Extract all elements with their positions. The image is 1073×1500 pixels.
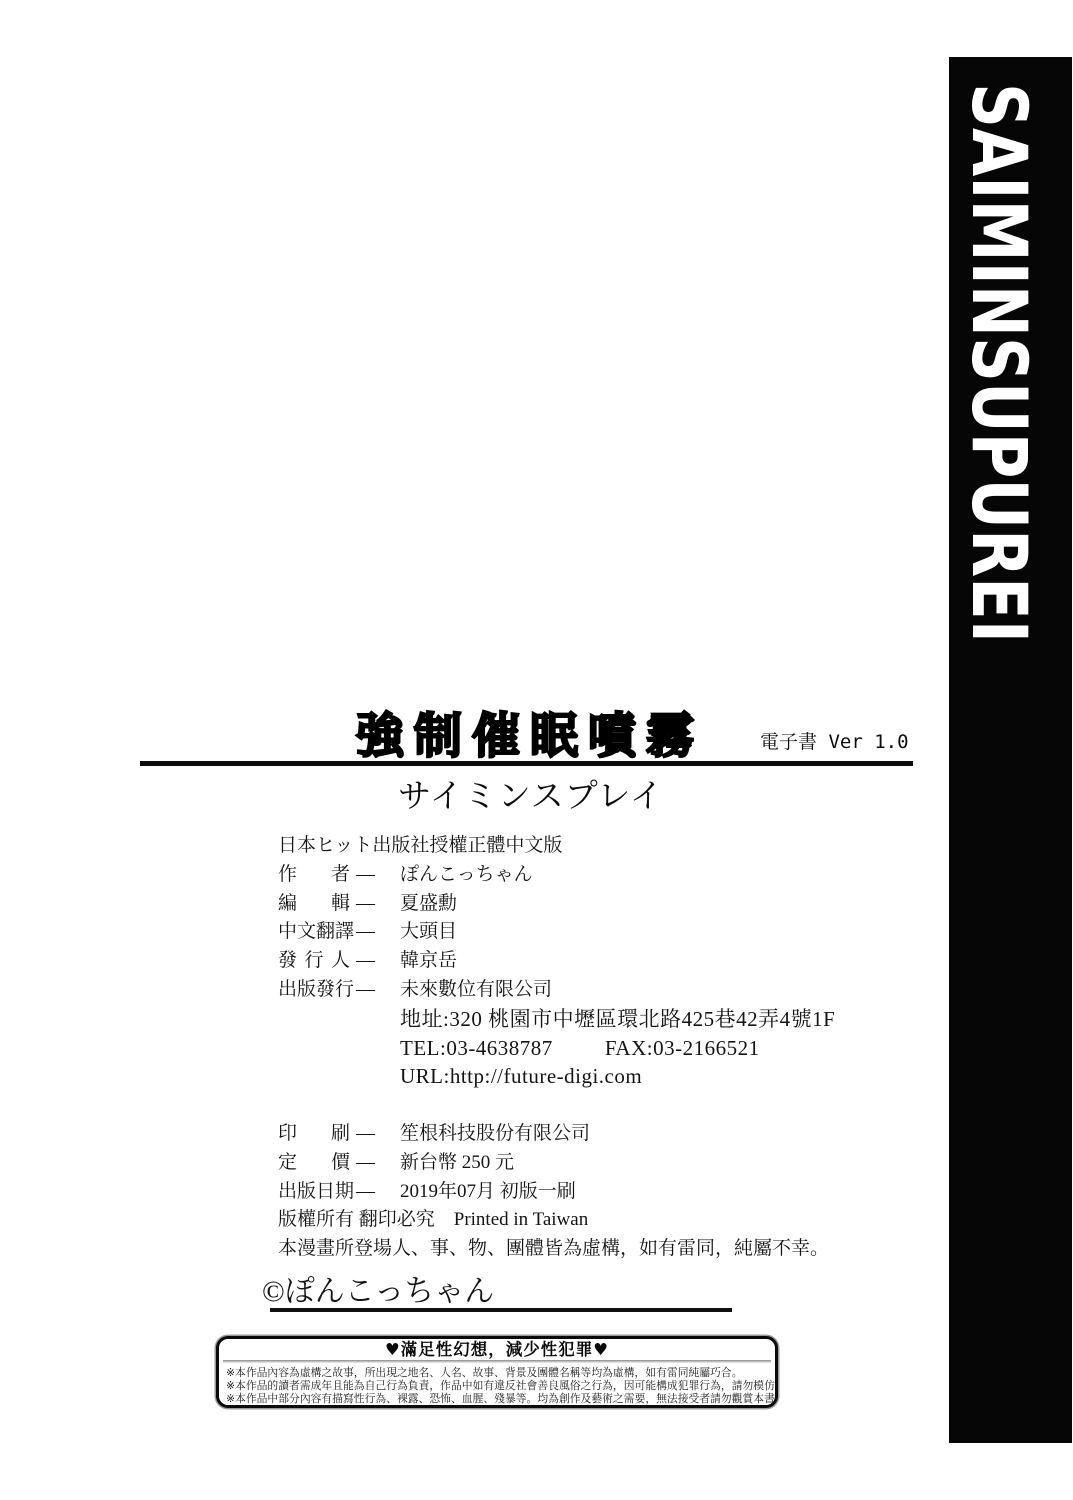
book-title: 強制催眠噴霧 bbox=[356, 697, 704, 766]
author-copyright: ©ぽんこっちゃん bbox=[262, 1266, 494, 1310]
title-divider-rule bbox=[140, 761, 913, 766]
publisher-address-line: 地址:320 桃園市中壢區環北路425巷42弄4號1F bbox=[278, 1005, 835, 1034]
credit-value: 新台幣 250 元 bbox=[400, 1149, 514, 1178]
spine-title-text: SAIMINSUPUREI bbox=[955, 83, 1044, 643]
credit-row-publisher: 出版發行 — 未來數位有限公司 bbox=[278, 976, 835, 1005]
credit-label: 出版發行 bbox=[278, 976, 350, 1005]
credit-row-printer: 印刷 — 笙根科技股份有限公司 bbox=[278, 1120, 835, 1149]
credit-dash: — bbox=[356, 861, 376, 890]
edition-version-label: 電子書 Ver 1.0 bbox=[760, 727, 909, 754]
publisher-fax: FAX:03-2166521 bbox=[605, 1036, 760, 1060]
colophon-credits: 日本ヒット出版社授權正體中文版 作者 — ぽんこっちゃん 編輯 — 夏盛勳 中文… bbox=[278, 832, 835, 1264]
credit-row-author: 作者 — ぽんこっちゃん bbox=[278, 861, 835, 890]
credit-dash: — bbox=[356, 976, 376, 1005]
credit-dash: — bbox=[356, 1120, 376, 1149]
credit-label: 編輯 bbox=[278, 890, 350, 919]
warning-line-3: ※本作品中部分內容有描寫性行為、裸露、恐怖、血腥、殘暴等。均為創作及藝術之需要，… bbox=[219, 1392, 775, 1405]
spine-title-graphic: SAIMINSUPUREI bbox=[949, 57, 1072, 1443]
warning-line-1: ※本作品內容為虛構之故事，所出現之地名、人名、故事、背景及團體名稱等均為虛構，如… bbox=[219, 1366, 775, 1379]
credit-value: 韓京岳 bbox=[400, 947, 457, 976]
book-title-kana: サイミンスプレイ bbox=[398, 770, 664, 817]
credit-label: 中文翻譯 bbox=[278, 918, 350, 947]
warning-line-2: ※本作品的讀者需成年且能為自己行為負責，作品中如有違反社會善良風俗之行為，因可能… bbox=[219, 1379, 775, 1392]
credit-label: 作者 bbox=[278, 861, 350, 890]
credit-value: 未來數位有限公司 bbox=[400, 976, 552, 1005]
publisher-url-line: URL:http://future-digi.com bbox=[278, 1062, 835, 1091]
credit-dash: — bbox=[356, 890, 376, 919]
credit-label: 印刷 bbox=[278, 1120, 350, 1149]
content-warning-box: ♥滿足性幻想，減少性犯罪♥ ※本作品內容為虛構之故事，所出現之地名、人名、故事、… bbox=[216, 1336, 778, 1408]
credit-dash: — bbox=[356, 1149, 376, 1178]
credit-dash: — bbox=[356, 947, 376, 976]
license-line: 日本ヒット出版社授權正體中文版 bbox=[278, 832, 835, 861]
spine-bar: SAIMINSUPUREI bbox=[949, 57, 1072, 1443]
credit-value: 大頭目 bbox=[400, 918, 457, 947]
credit-label: 發行人 bbox=[278, 947, 350, 976]
disclaimer-line: 本漫畫所登場人、事、物、團體皆為虛構，如有雷同，純屬不幸。 bbox=[278, 1235, 835, 1264]
credit-row-price: 定價 — 新台幣 250 元 bbox=[278, 1149, 835, 1178]
warning-separator bbox=[223, 1360, 771, 1363]
publisher-telfax-line: TEL:03-4638787FAX:03-2166521 bbox=[278, 1034, 835, 1063]
credit-value: 夏盛勳 bbox=[400, 890, 457, 919]
credit-value: 笙根科技股份有限公司 bbox=[400, 1120, 590, 1149]
credit-value: 2019年07月 初版一刷 bbox=[400, 1178, 576, 1207]
copyright-underline bbox=[270, 1308, 732, 1312]
credit-row-issuer: 發行人 — 韓京岳 bbox=[278, 947, 835, 976]
credit-row-editor: 編輯 — 夏盛勳 bbox=[278, 890, 835, 919]
credit-value: ぽんこっちゃん bbox=[400, 861, 533, 890]
warning-heading: ♥滿足性幻想，減少性犯罪♥ bbox=[219, 1340, 775, 1360]
credit-dash: — bbox=[356, 1178, 376, 1207]
credit-dash: — bbox=[356, 918, 376, 947]
publisher-tel: TEL:03-4638787 bbox=[400, 1036, 553, 1060]
rights-line: 版權所有 翻印必究 Printed in Taiwan bbox=[278, 1206, 835, 1235]
credits-gap bbox=[278, 1091, 835, 1120]
credit-row-translator: 中文翻譯 — 大頭目 bbox=[278, 918, 835, 947]
credit-row-pubdate: 出版日期 — 2019年07月 初版一刷 bbox=[278, 1178, 835, 1207]
credit-label: 定價 bbox=[278, 1149, 350, 1178]
credit-label: 出版日期 bbox=[278, 1178, 350, 1207]
